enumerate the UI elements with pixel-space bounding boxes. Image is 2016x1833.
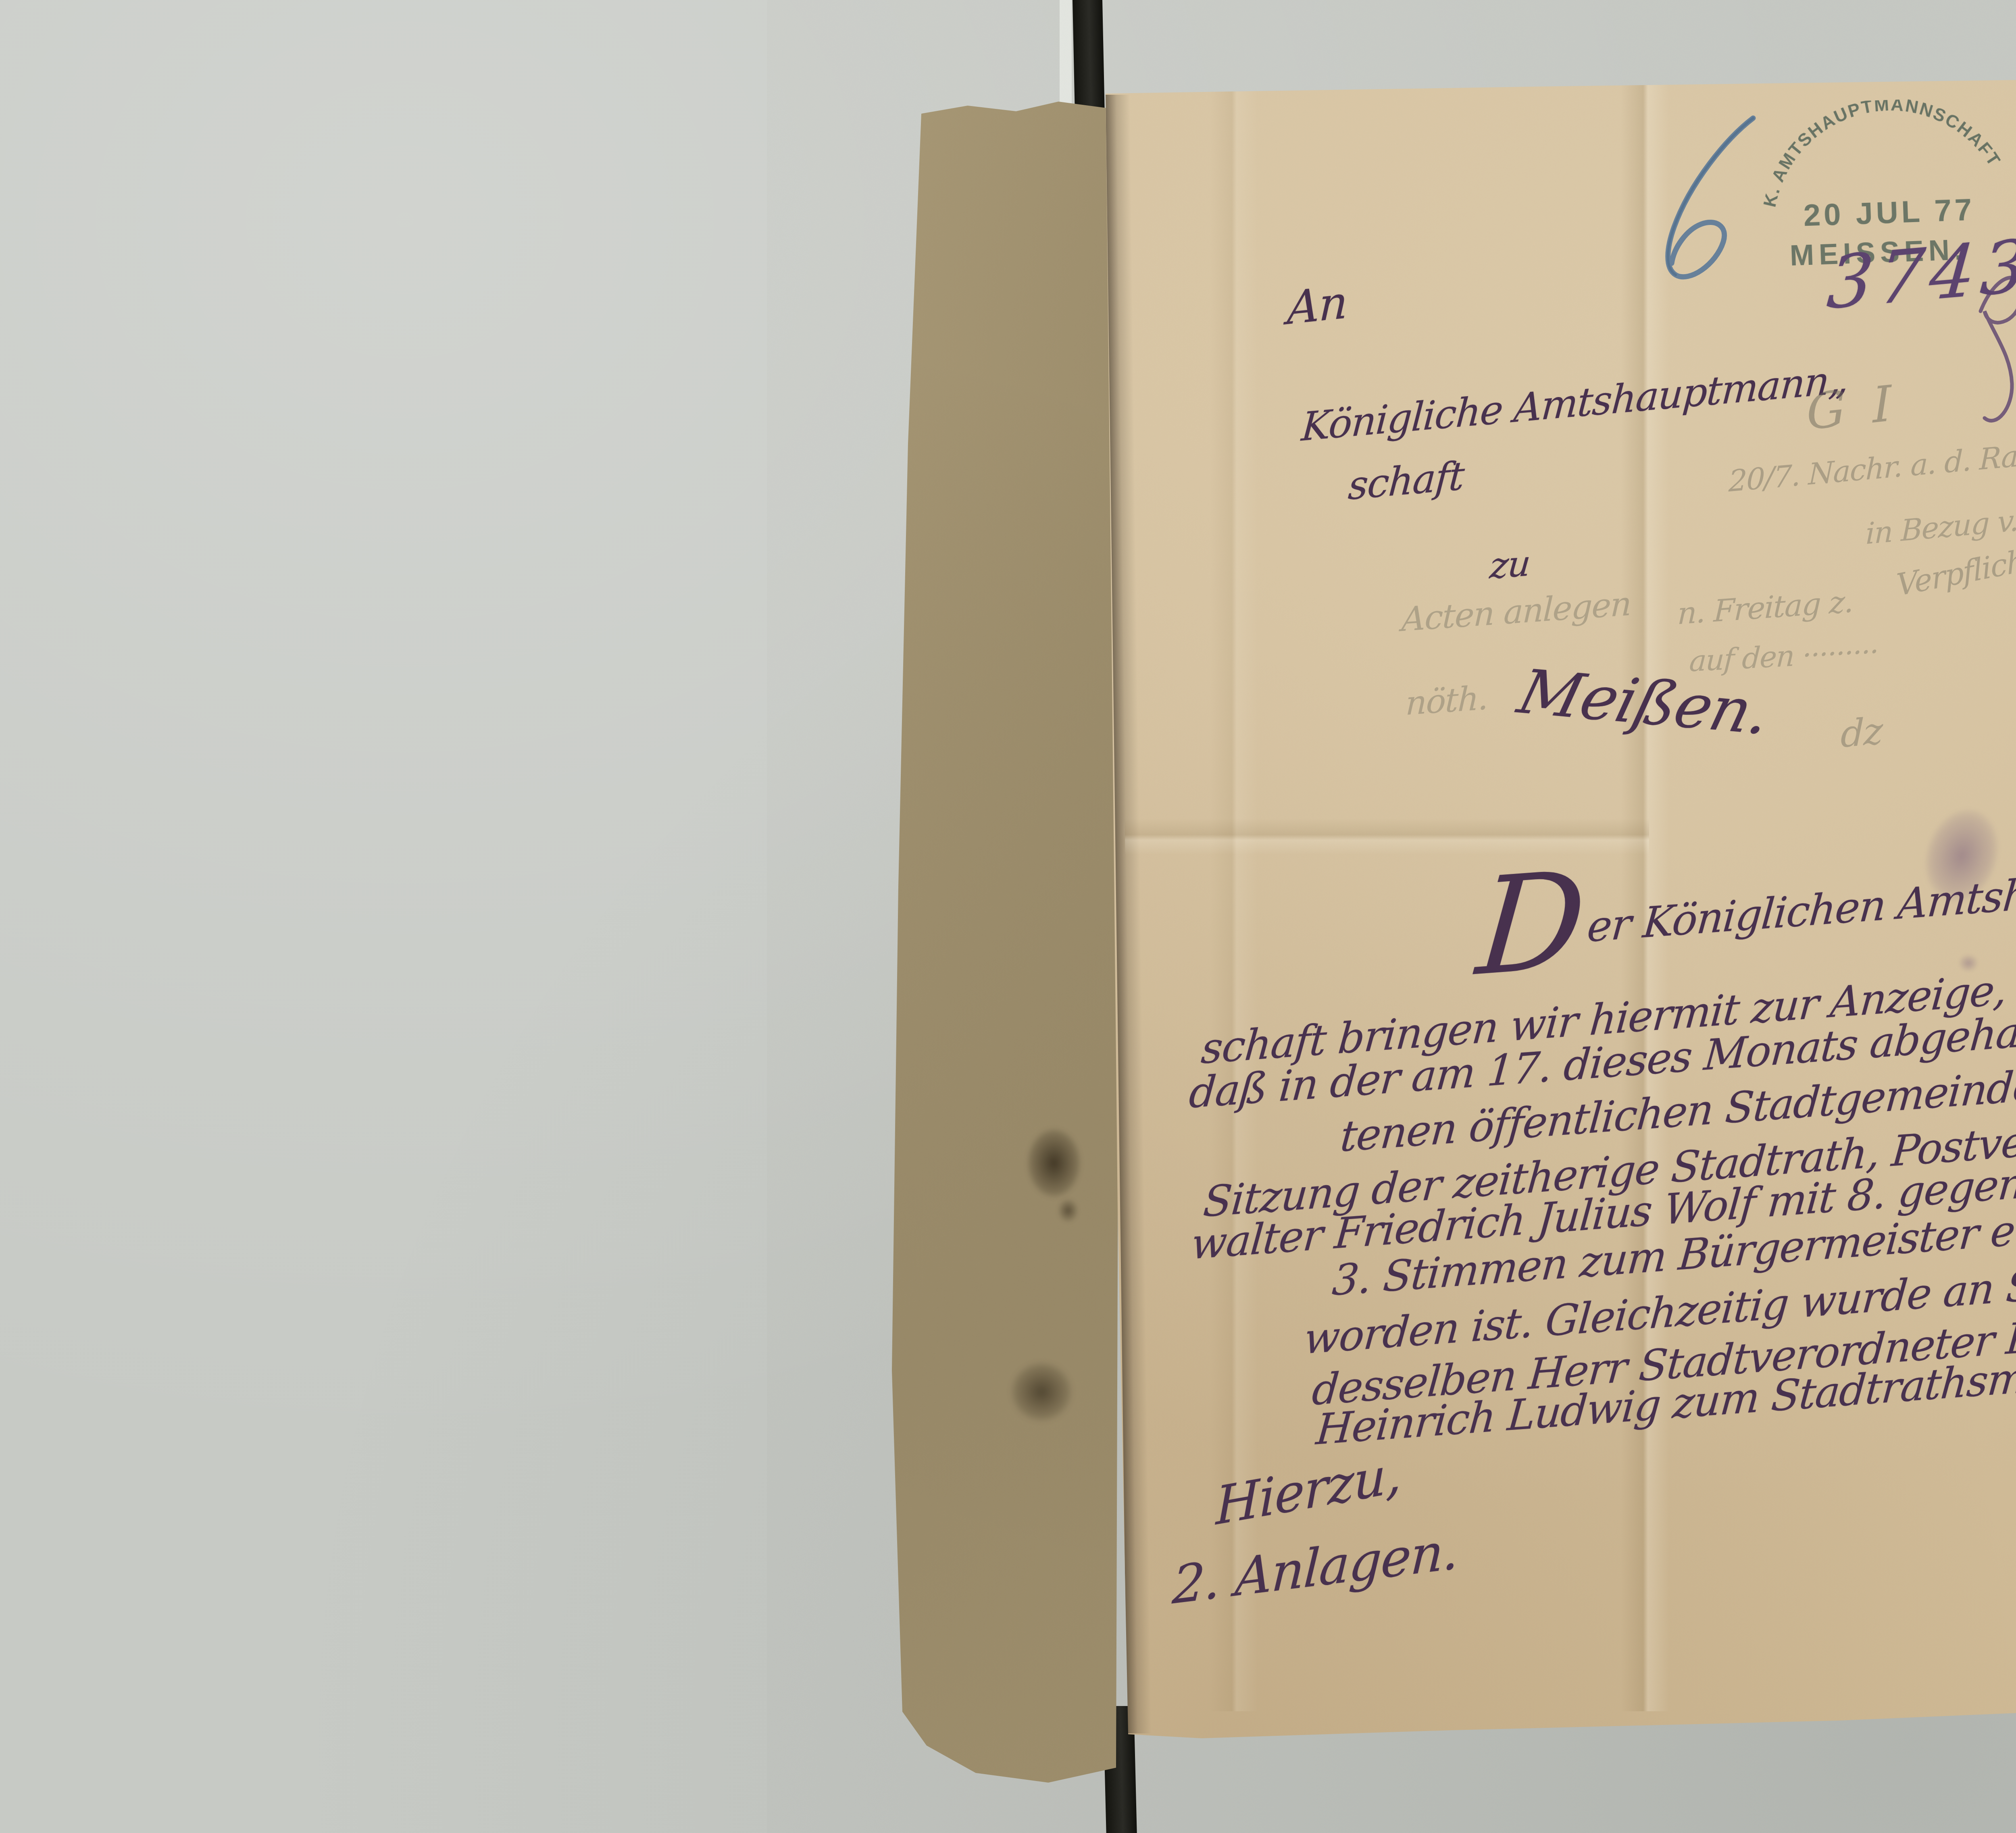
address-line: Königliche Amtshauptmann„ bbox=[1300, 356, 1849, 450]
pencil-note-right: in Bezug v. bbox=[1866, 504, 2016, 551]
pencil-note-left: nöth. bbox=[1405, 679, 1489, 723]
pencil-note-left: Acten anlegen bbox=[1401, 585, 1632, 639]
page-number-value: 6 bbox=[0, 0, 0, 0]
pencil-note-right: 20/7. Nachr. a. d. Rath als bbox=[1729, 433, 2016, 499]
archival-letter-scan: 6 K. AMTSHAUPTMANNSCHAFT 20 JUL 77 MEISS… bbox=[0, 0, 2016, 1833]
cover-stain bbox=[1011, 1363, 1072, 1421]
page-number-pencil-6 bbox=[1629, 115, 1762, 288]
stamp-date: 20 JUL 77 bbox=[1803, 193, 1975, 233]
pencil-note-right: dz bbox=[1840, 709, 1883, 756]
ink-dot bbox=[1958, 954, 1979, 972]
address-line: zu bbox=[1488, 542, 1532, 587]
address-line: schaft bbox=[1347, 453, 1465, 509]
cover-stain bbox=[1027, 1129, 1081, 1197]
pencil-registry-mark: G I bbox=[1806, 374, 1898, 441]
drop-cap-initial: D bbox=[1472, 842, 1591, 1006]
pencil-note-right: n. Freitag z. bbox=[1677, 584, 1854, 632]
journal-number-flourish bbox=[1972, 263, 2016, 436]
cover-stain bbox=[1057, 1198, 1079, 1223]
address-salutation: An bbox=[1286, 276, 1348, 335]
fold-crease bbox=[1210, 83, 1258, 1711]
pencil-note-right: auf den ········· bbox=[1689, 634, 1879, 678]
